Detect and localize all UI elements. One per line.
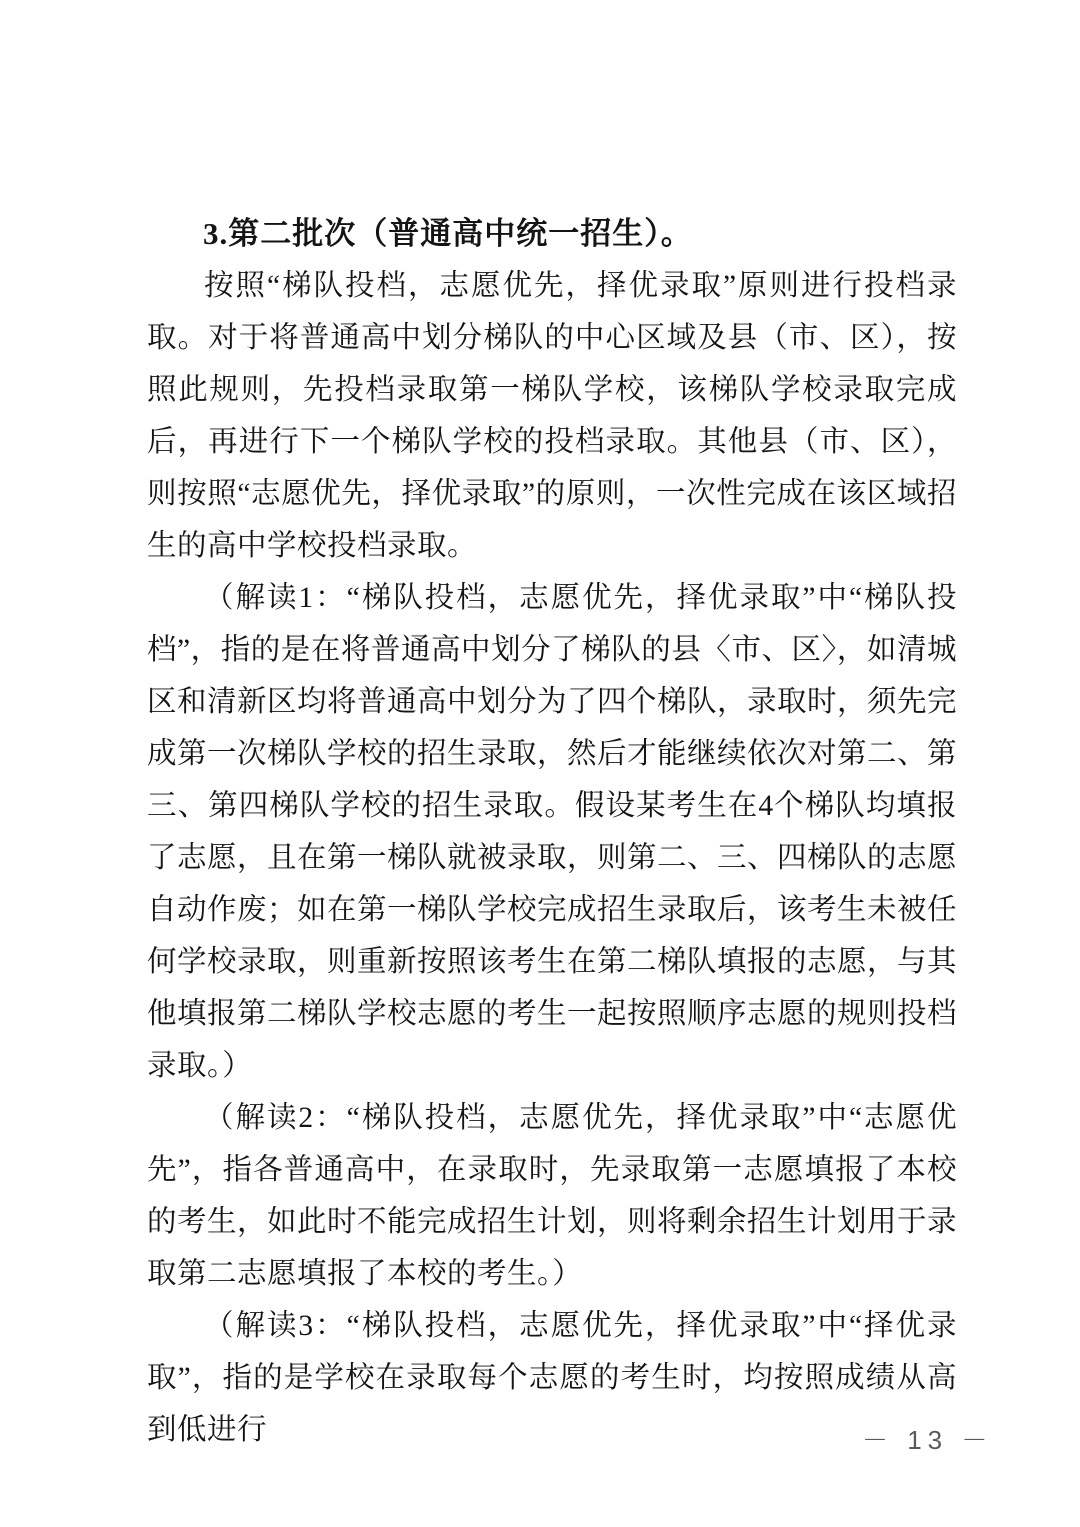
document-page: { "document": { "heading": "3.第二批次（普通高中统…: [0, 0, 1080, 1527]
document-body: 3.第二批次（普通高中统一招生）。 按照“梯队投档，志愿优先，择优录取”原则进行…: [147, 208, 957, 1456]
page-number: － 13 －: [862, 1420, 993, 1457]
paragraph-note-3: （解读3：“梯队投档，志愿优先，择优录取”中“择优录取”，指的是学校在录取每个志…: [147, 1300, 957, 1456]
section-heading: 3.第二批次（普通高中统一招生）。: [147, 208, 957, 260]
paragraph-note-1: （解读1：“梯队投档，志愿优先，择优录取”中“梯队投档”，指的是在将普通高中划分…: [147, 572, 957, 1092]
paragraph-note-2: （解读2：“梯队投档，志愿优先，择优录取”中“志愿优先”，指各普通高中，在录取时…: [147, 1092, 957, 1300]
paragraph-batch-rules: 按照“梯队投档，志愿优先，择优录取”原则进行投档录取。对于将普通高中划分梯队的中…: [147, 260, 957, 572]
